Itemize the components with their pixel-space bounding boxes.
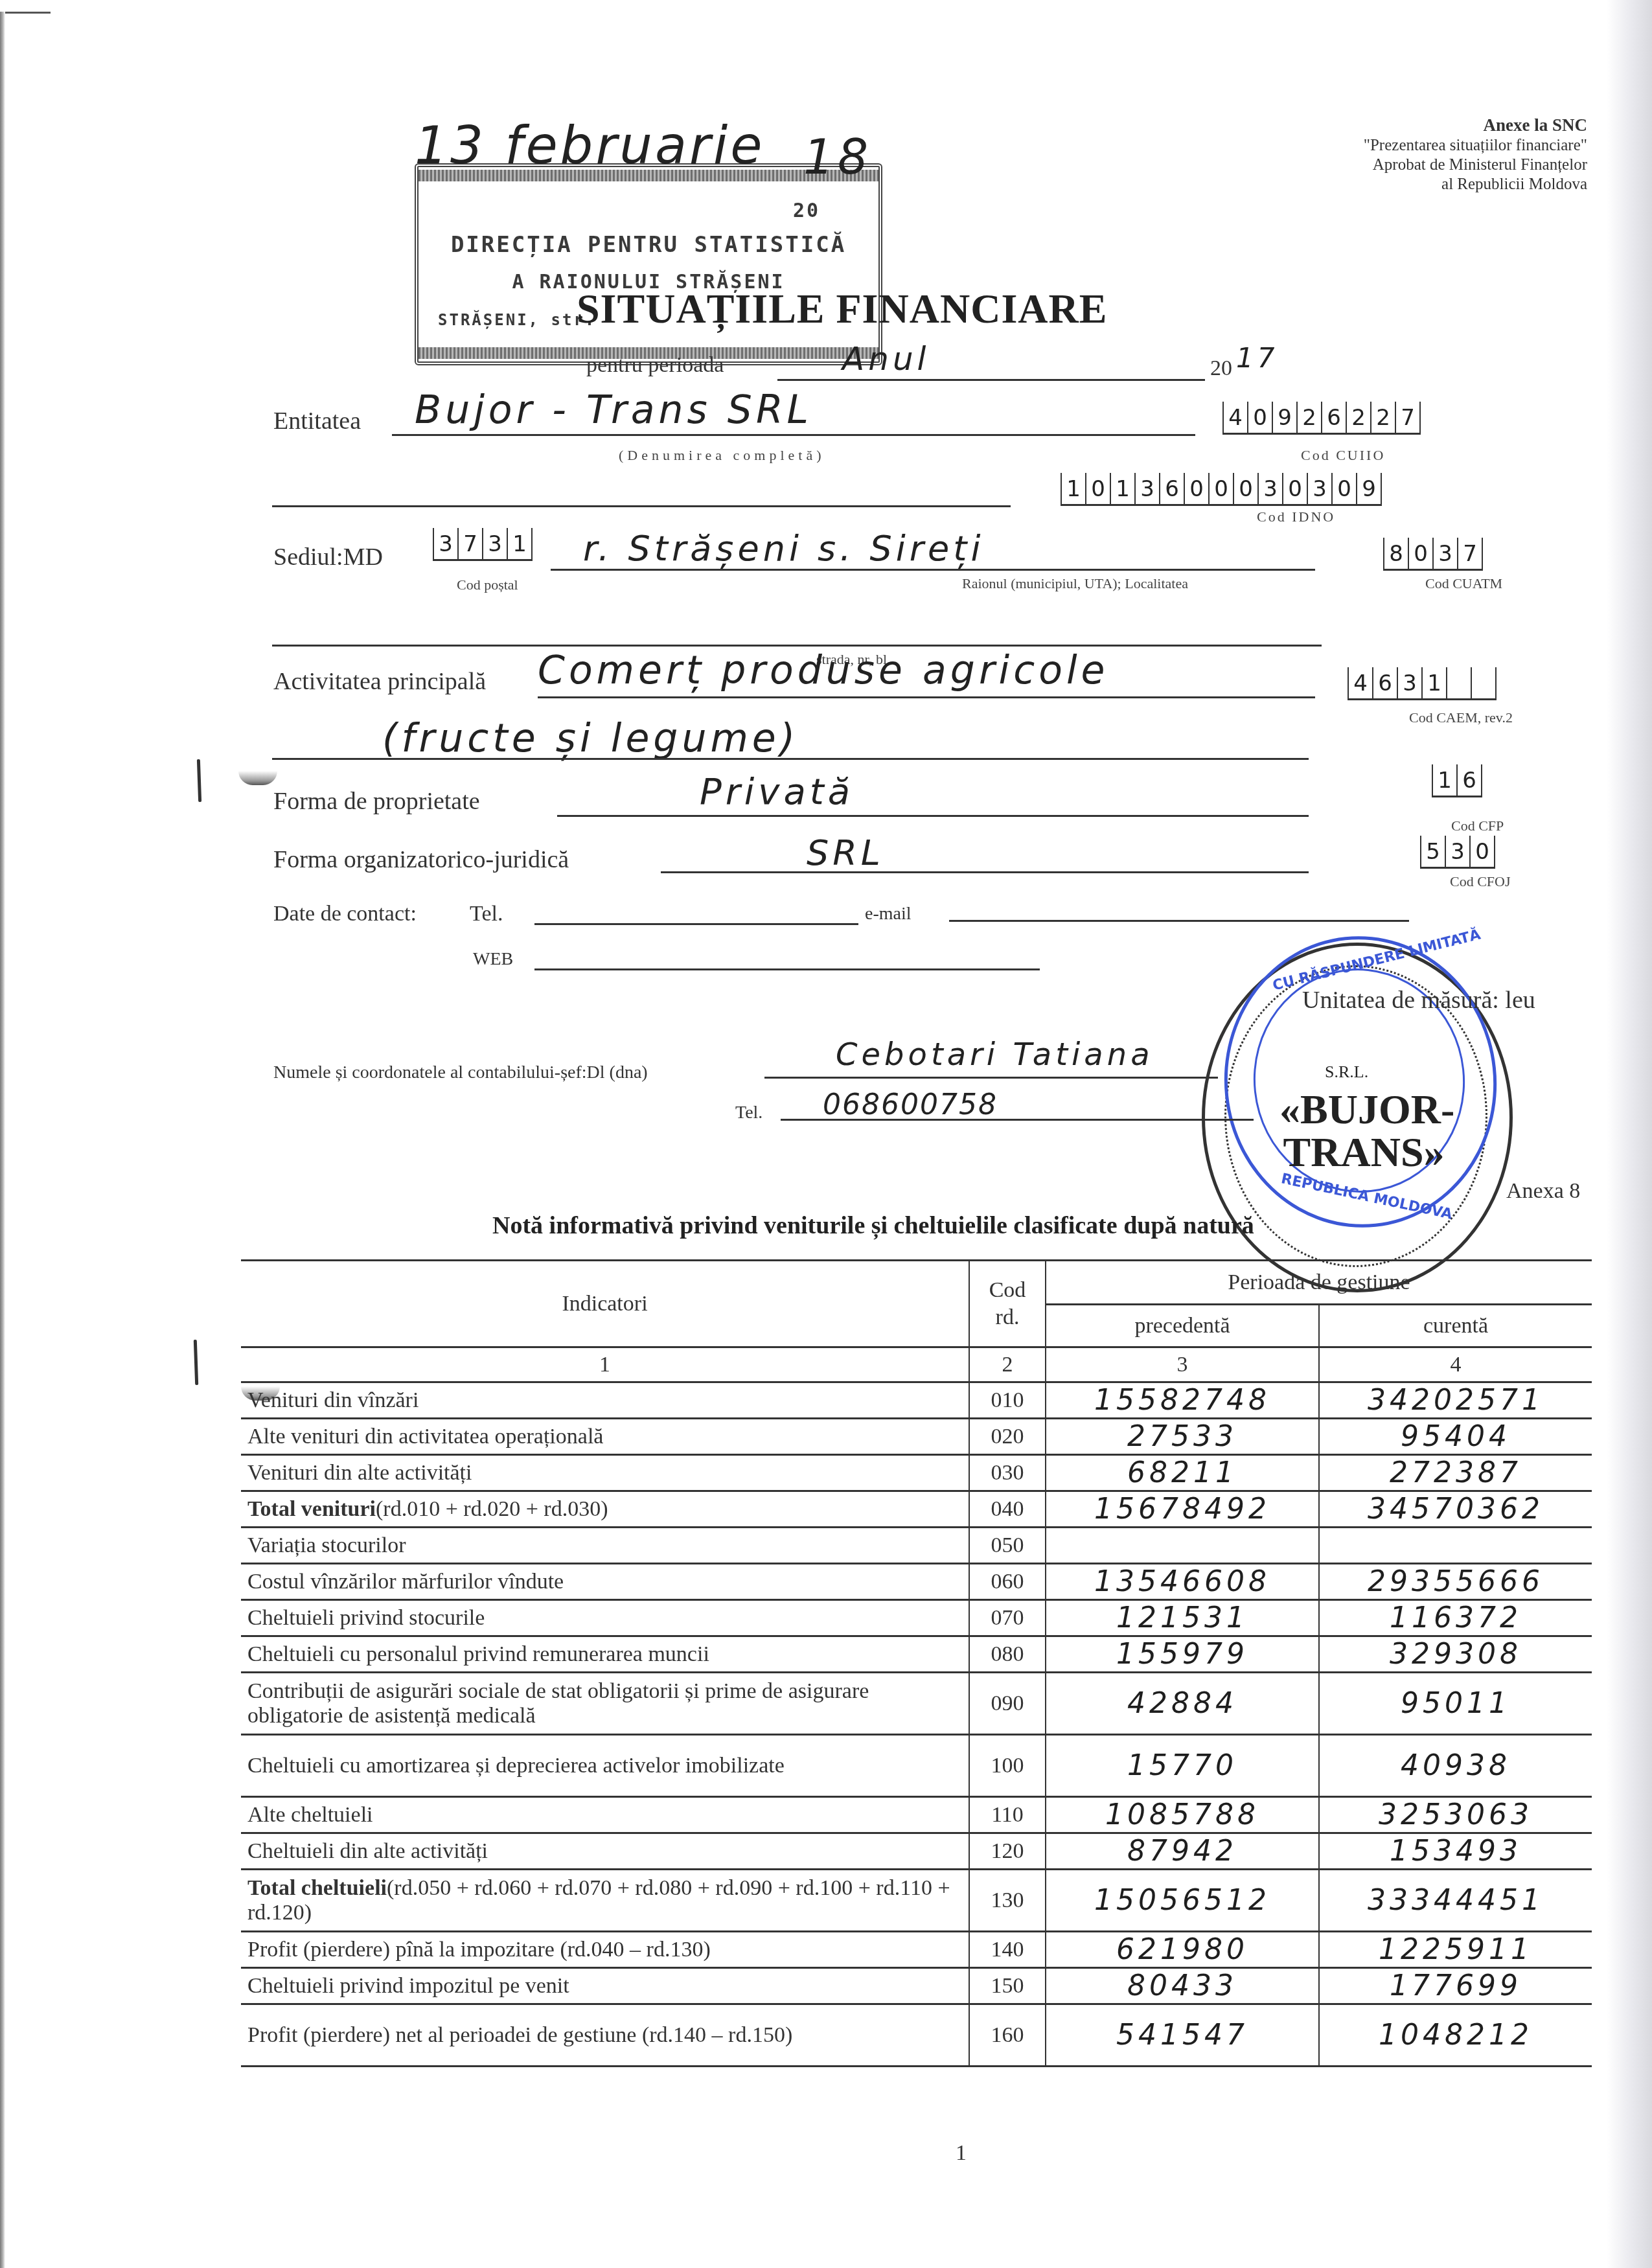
table-row: Alte cheltuieli11010857883253063: [241, 1797, 1592, 1833]
row-code: 060: [969, 1564, 1046, 1600]
code-digit: 3: [482, 528, 507, 559]
entity-name-caption: (Denumirea completă): [619, 447, 825, 464]
cfp-caption: Cod CFP: [1451, 818, 1504, 834]
postal-caption: Cod poștal: [457, 577, 518, 593]
address-label: Sediul:MD: [273, 543, 383, 571]
row-indicator-bold: Total venituri: [247, 1497, 376, 1521]
cuiio-code-boxes: 40926227: [1222, 402, 1421, 435]
ownership-value: Privată: [700, 771, 854, 813]
activity-label: Activitatea principală: [273, 667, 486, 696]
caem-code-boxes: 4631: [1348, 667, 1497, 700]
table-row: Cheltuieli privind impozitul pe venit150…: [241, 1968, 1592, 2004]
seal-company-name: «BUJOR- TRANS»: [1279, 1088, 1448, 1174]
row-code: 030: [969, 1455, 1046, 1491]
code-digit: 0: [1208, 473, 1233, 504]
code-digit: 3: [433, 528, 457, 559]
table-row: Cheltuieli cu amortizarea și deprecierea…: [241, 1735, 1592, 1797]
code-digit: 1: [1061, 473, 1085, 504]
table-row: Profit (pierdere) pînă la impozitare (rd…: [241, 1932, 1592, 1968]
header-curenta: curentă: [1319, 1305, 1592, 1347]
row-value-current: 3253063: [1319, 1797, 1592, 1833]
entity-underline: [392, 434, 1195, 436]
stamp-handwritten-year: 18: [803, 130, 872, 185]
seal-name-line1: «BUJOR-: [1279, 1086, 1454, 1132]
cfp-code-boxes: 16: [1432, 764, 1482, 797]
activity-second-underline: [272, 758, 1309, 760]
row-code: 020: [969, 1419, 1046, 1455]
code-digit: 2: [1296, 402, 1321, 433]
table-row: Alte venituri din activitatea operaționa…: [241, 1419, 1592, 1455]
code-digit: 9: [1356, 473, 1382, 504]
row-value-current: 33344451: [1319, 1870, 1592, 1932]
code-digit: [1446, 667, 1471, 698]
punch-hole-mark: [238, 771, 277, 785]
row-value-previous: [1046, 1528, 1319, 1564]
row-indicator-text: Contribuții de asigurări sociale de stat…: [247, 1679, 869, 1728]
activity-value-line2: (fructe și legume): [382, 716, 799, 761]
margin-mark: [197, 759, 201, 802]
code-digit: 6: [1372, 667, 1397, 698]
table-title: Notă informativă privind veniturile și c…: [492, 1211, 1254, 1240]
accountant-tel-value: 068600758: [823, 1088, 998, 1121]
code-digit: 1: [1421, 667, 1446, 698]
code-digit: 2: [1370, 402, 1395, 433]
row-value-previous: 1085788: [1046, 1797, 1319, 1833]
stamp-year-prefix: 20: [419, 200, 878, 222]
row-value-current: 95011: [1319, 1673, 1592, 1735]
code-digit: 6: [1456, 764, 1482, 796]
code-digit: 0: [1282, 473, 1307, 504]
row-code: 160: [969, 2004, 1046, 2067]
code-digit: 0: [1469, 836, 1495, 867]
row-code: 070: [969, 1600, 1046, 1636]
ownership-label: Forma de proprietate: [273, 787, 480, 816]
code-digit: 0: [1184, 473, 1208, 504]
row-indicator: Cheltuieli cu personalul privind remuner…: [241, 1636, 969, 1673]
table-row: Venituri din vînzări0101558274834202571: [241, 1382, 1592, 1419]
accountant-label: Numele și coordonatele al contabilului-ș…: [273, 1062, 648, 1083]
code-digit: 7: [457, 528, 482, 559]
table-row: Cheltuieli privind stocurile070121531116…: [241, 1600, 1592, 1636]
row-indicator: Alte venituri din activitatea operaționa…: [241, 1419, 969, 1455]
code-digit: 3: [1257, 473, 1282, 504]
row-value-previous: 27533: [1046, 1419, 1319, 1455]
postal-code-boxes: 3731: [433, 528, 533, 561]
code-digit: 0: [1331, 473, 1356, 504]
annex-country: al Republicii Moldova: [1441, 176, 1587, 193]
header-cod: Cod rd.: [969, 1261, 1046, 1347]
contact-tel-label: Tel.: [470, 902, 503, 926]
legal-form-label: Forma organizatorico-juridică: [273, 845, 569, 874]
activity-underline: [538, 696, 1315, 698]
row-code: 120: [969, 1833, 1046, 1870]
row-code: 130: [969, 1870, 1046, 1932]
row-value-previous: 15056512: [1046, 1870, 1319, 1932]
row-value-current: 153493: [1319, 1833, 1592, 1870]
row-value-current: 29355666: [1319, 1564, 1592, 1600]
annex-title: Anexe la SNC: [1484, 115, 1588, 135]
legal-form-underline: [661, 871, 1309, 873]
document-title: SITUAȚIILE FINANCIARE: [577, 285, 1107, 333]
contact-email-label: e-mail: [865, 904, 912, 924]
row-value-previous: 155979: [1046, 1636, 1319, 1673]
row-value-current: 34202571: [1319, 1382, 1592, 1419]
row-code: 140: [969, 1932, 1046, 1968]
code-digit: 0: [1085, 473, 1110, 504]
period-underline: [777, 379, 1205, 381]
row-value-current: 1225911: [1319, 1932, 1592, 1968]
row-value-previous: 621980: [1046, 1932, 1319, 1968]
code-digit: 2: [1346, 402, 1370, 433]
code-digit: 3: [1445, 836, 1469, 867]
table-row: Venituri din alte activități030682112723…: [241, 1455, 1592, 1491]
period-year-prefix: 20: [1210, 356, 1232, 381]
annex-subtitle: "Prezentarea situațiilor financiare": [1364, 137, 1587, 154]
row-indicator: Cheltuieli privind stocurile: [241, 1600, 969, 1636]
entity-name: Bujor - Trans SRL: [415, 387, 812, 433]
row-value-previous: 80433: [1046, 1968, 1319, 2004]
row-value-current: 34570362: [1319, 1491, 1592, 1528]
accountant-tel-label: Tel.: [735, 1103, 763, 1123]
idno-code-boxes: 1013600030309: [1061, 473, 1382, 506]
header-indicatori: Indicatori: [241, 1261, 969, 1347]
row-indicator-text: Venituri din alte activități: [247, 1461, 472, 1485]
row-value-previous: 87942: [1046, 1833, 1319, 1870]
row-value-current: 95404: [1319, 1419, 1592, 1455]
row-indicator-text: Cheltuieli cu amortizarea și deprecierea…: [247, 1754, 785, 1778]
contact-web-field[interactable]: [534, 968, 1040, 970]
row-indicator-text: Costul vînzărilor mărfurilor vîndute: [247, 1570, 564, 1594]
row-code: 110: [969, 1797, 1046, 1833]
table-row: Total venituri(rd.010 + rd.020 + rd.030)…: [241, 1491, 1592, 1528]
table-row: Cheltuieli cu personalul privind remuner…: [241, 1636, 1592, 1673]
row-indicator: Profit (pierdere) pînă la impozitare (rd…: [241, 1932, 969, 1968]
header-precedenta: precedentă: [1046, 1305, 1319, 1347]
code-digit: 8: [1383, 538, 1408, 569]
row-indicator-text: Cheltuieli privind impozitul pe venit: [247, 1974, 569, 1998]
row-indicator: Profit (pierdere) net al perioadei de ge…: [241, 2004, 969, 2067]
code-digit: 4: [1348, 667, 1372, 698]
header-perioada: Perioada de gestiune: [1046, 1261, 1592, 1305]
row-value-previous: 68211: [1046, 1455, 1319, 1491]
scan-edge-top: [0, 12, 51, 14]
code-digit: 0: [1233, 473, 1257, 504]
row-value-previous: 15582748: [1046, 1382, 1319, 1419]
code-digit: 7: [1457, 538, 1483, 569]
row-indicator: Variația stocurilor: [241, 1528, 969, 1564]
cuatm-caption: Cod CUATM: [1425, 575, 1502, 592]
address-locality: r. Strășeni s. Sireți: [583, 528, 984, 569]
row-value-current: 177699: [1319, 1968, 1592, 2004]
cfoj-code-boxes: 530: [1420, 836, 1495, 869]
row-code: 050: [969, 1528, 1046, 1564]
period-value: Anul: [842, 340, 930, 378]
ownership-underline: [557, 815, 1309, 817]
row-value-previous: 121531: [1046, 1600, 1319, 1636]
street-underline: [272, 645, 1322, 647]
row-indicator: Venituri din alte activități: [241, 1455, 969, 1491]
col-number-4: 4: [1319, 1347, 1592, 1382]
table-row: Costul vînzărilor mărfurilor vîndute0601…: [241, 1564, 1592, 1600]
row-indicator-text: Venituri din vînzări: [247, 1388, 419, 1412]
table-row: Total cheltuieli(rd.050 + rd.060 + rd.07…: [241, 1870, 1592, 1932]
row-value-current: 40938: [1319, 1735, 1592, 1797]
row-value-current: 116372: [1319, 1600, 1592, 1636]
income-expense-table: Indicatori Cod rd. Perioada de gestiune …: [241, 1259, 1592, 2067]
row-indicator: Contribuții de asigurări sociale de stat…: [241, 1673, 969, 1735]
row-indicator: Costul vînzărilor mărfurilor vîndute: [241, 1564, 969, 1600]
row-indicator-text: Profit (pierdere) net al perioadei de ge…: [247, 2023, 792, 2047]
row-value-previous: 15770: [1046, 1735, 1319, 1797]
idno-caption: Cod IDNO: [1257, 509, 1335, 525]
contact-label: Date de contact:: [273, 902, 417, 926]
row-indicator-text: Variația stocurilor: [247, 1533, 406, 1557]
locality-underline: [551, 569, 1315, 571]
table-row: Variația stocurilor050: [241, 1528, 1592, 1564]
row-indicator: Venituri din vînzări: [241, 1382, 969, 1419]
row-code: 010: [969, 1382, 1046, 1419]
row-code: 040: [969, 1491, 1046, 1528]
col-number-1: 1: [241, 1347, 969, 1382]
annex-8-label: Anexa 8: [1506, 1179, 1580, 1204]
accountant-tel-underline: [781, 1119, 1254, 1121]
row-indicator-text: Cheltuieli privind stocurile: [247, 1606, 485, 1630]
page-number: 1: [956, 2141, 967, 2166]
seal-name-line2: TRANS»: [1283, 1129, 1445, 1175]
row-value-previous: 13546608: [1046, 1564, 1319, 1600]
row-value-current: 329308: [1319, 1636, 1592, 1673]
row-value-current: [1319, 1528, 1592, 1564]
code-digit: 1: [1432, 764, 1456, 796]
caem-caption: Cod CAEM, rev.2: [1409, 709, 1513, 726]
accountant-underline: [764, 1077, 1218, 1079]
entity-label: Entitatea: [273, 407, 361, 435]
row-code: 080: [969, 1636, 1046, 1673]
code-digit: 5: [1420, 836, 1445, 867]
code-digit: 4: [1222, 402, 1247, 433]
code-digit: 3: [1432, 538, 1457, 569]
row-code: 090: [969, 1673, 1046, 1735]
col-number-3: 3: [1046, 1347, 1319, 1382]
scan-edge-left: [0, 12, 5, 2268]
scan-edge-right: [1607, 0, 1652, 2268]
code-digit: 3: [1134, 473, 1159, 504]
table-row: Cheltuieli din alte activități1208794215…: [241, 1833, 1592, 1870]
contact-tel-field[interactable]: [534, 923, 858, 925]
row-indicator: Cheltuieli din alte activități: [241, 1833, 969, 1870]
code-digit: 6: [1321, 402, 1346, 433]
unit-of-measure: Unitatea de măsură: leu: [1302, 986, 1535, 1014]
seal-srl: S.R.L.: [1325, 1062, 1368, 1082]
col-number-2: 2: [969, 1347, 1046, 1382]
row-value-previous: 15678492: [1046, 1491, 1319, 1528]
row-indicator-bold: Total cheltuieli: [247, 1876, 387, 1900]
row-value-previous: 541547: [1046, 2004, 1319, 2067]
contact-web-label: WEB: [473, 949, 513, 970]
legal-form-value: SRL: [807, 832, 884, 873]
cfoj-caption: Cod CFOJ: [1450, 873, 1511, 890]
row-indicator: Cheltuieli cu amortizarea și deprecierea…: [241, 1735, 969, 1797]
row-value-current: 1048212: [1319, 2004, 1592, 2067]
cuiio-caption: Cod CUIIO: [1301, 447, 1385, 464]
row-indicator: Total venituri(rd.010 + rd.020 + rd.030): [241, 1491, 969, 1528]
row-indicator-text: Profit (pierdere) pînă la impozitare (rd…: [247, 1938, 711, 1962]
row-indicator-text: Cheltuieli cu personalul privind remuner…: [247, 1642, 709, 1666]
row-indicator: Alte cheltuieli: [241, 1797, 969, 1833]
code-digit: 1: [507, 528, 533, 559]
code-digit: 6: [1159, 473, 1184, 504]
registration-stamp: 20 DIRECȚIA PENTRU STATISTICĂ A RAIONULU…: [415, 163, 882, 365]
row-indicator-text: Alte cheltuieli: [247, 1803, 373, 1827]
table-row: Contribuții de asigurări sociale de stat…: [241, 1673, 1592, 1735]
entity-second-line: [272, 505, 1011, 507]
code-digit: 3: [1397, 667, 1421, 698]
row-value-current: 272387: [1319, 1455, 1592, 1491]
row-indicator-text: Cheltuieli din alte activități: [247, 1839, 488, 1863]
row-indicator-text: (rd.010 + rd.020 + rd.030): [376, 1497, 608, 1521]
locality-caption: Raionul (municipiul, UTA); Localitatea: [962, 575, 1188, 592]
accountant-name: Cebotari Tatiana: [836, 1037, 1154, 1073]
row-indicator: Cheltuieli privind impozitul pe venit: [241, 1968, 969, 2004]
annex-approval: Aprobat de Ministerul Finanțelor: [1373, 156, 1587, 174]
code-digit: 3: [1307, 473, 1331, 504]
contact-email-field[interactable]: [949, 920, 1409, 922]
row-code: 150: [969, 1968, 1046, 2004]
code-digit: [1471, 667, 1497, 698]
code-digit: 9: [1272, 402, 1296, 433]
stamp-line-1: DIRECȚIA PENTRU STATISTICĂ: [419, 232, 878, 258]
row-indicator-text: Alte venituri din activitatea operaționa…: [247, 1425, 603, 1449]
cuatm-code-boxes: 8037: [1383, 538, 1483, 571]
activity-value-line1: Comerț produse agricole: [538, 648, 1109, 693]
row-code: 100: [969, 1735, 1046, 1797]
period-year-value: 17: [1236, 342, 1278, 374]
table-row: Profit (pierdere) net al perioadei de ge…: [241, 2004, 1592, 2067]
annex-header: Anexe la SNC "Prezentarea situațiilor fi…: [1364, 115, 1587, 194]
code-digit: 1: [1110, 473, 1134, 504]
stamp-handwritten-date: 13 februarie: [415, 115, 764, 176]
code-digit: 0: [1247, 402, 1272, 433]
row-indicator: Total cheltuieli(rd.050 + rd.060 + rd.07…: [241, 1870, 969, 1932]
period-label: pentru perioada: [586, 353, 724, 378]
margin-mark: [194, 1340, 198, 1385]
code-digit: 0: [1408, 538, 1432, 569]
row-value-previous: 42884: [1046, 1673, 1319, 1735]
code-digit: 7: [1395, 402, 1421, 433]
